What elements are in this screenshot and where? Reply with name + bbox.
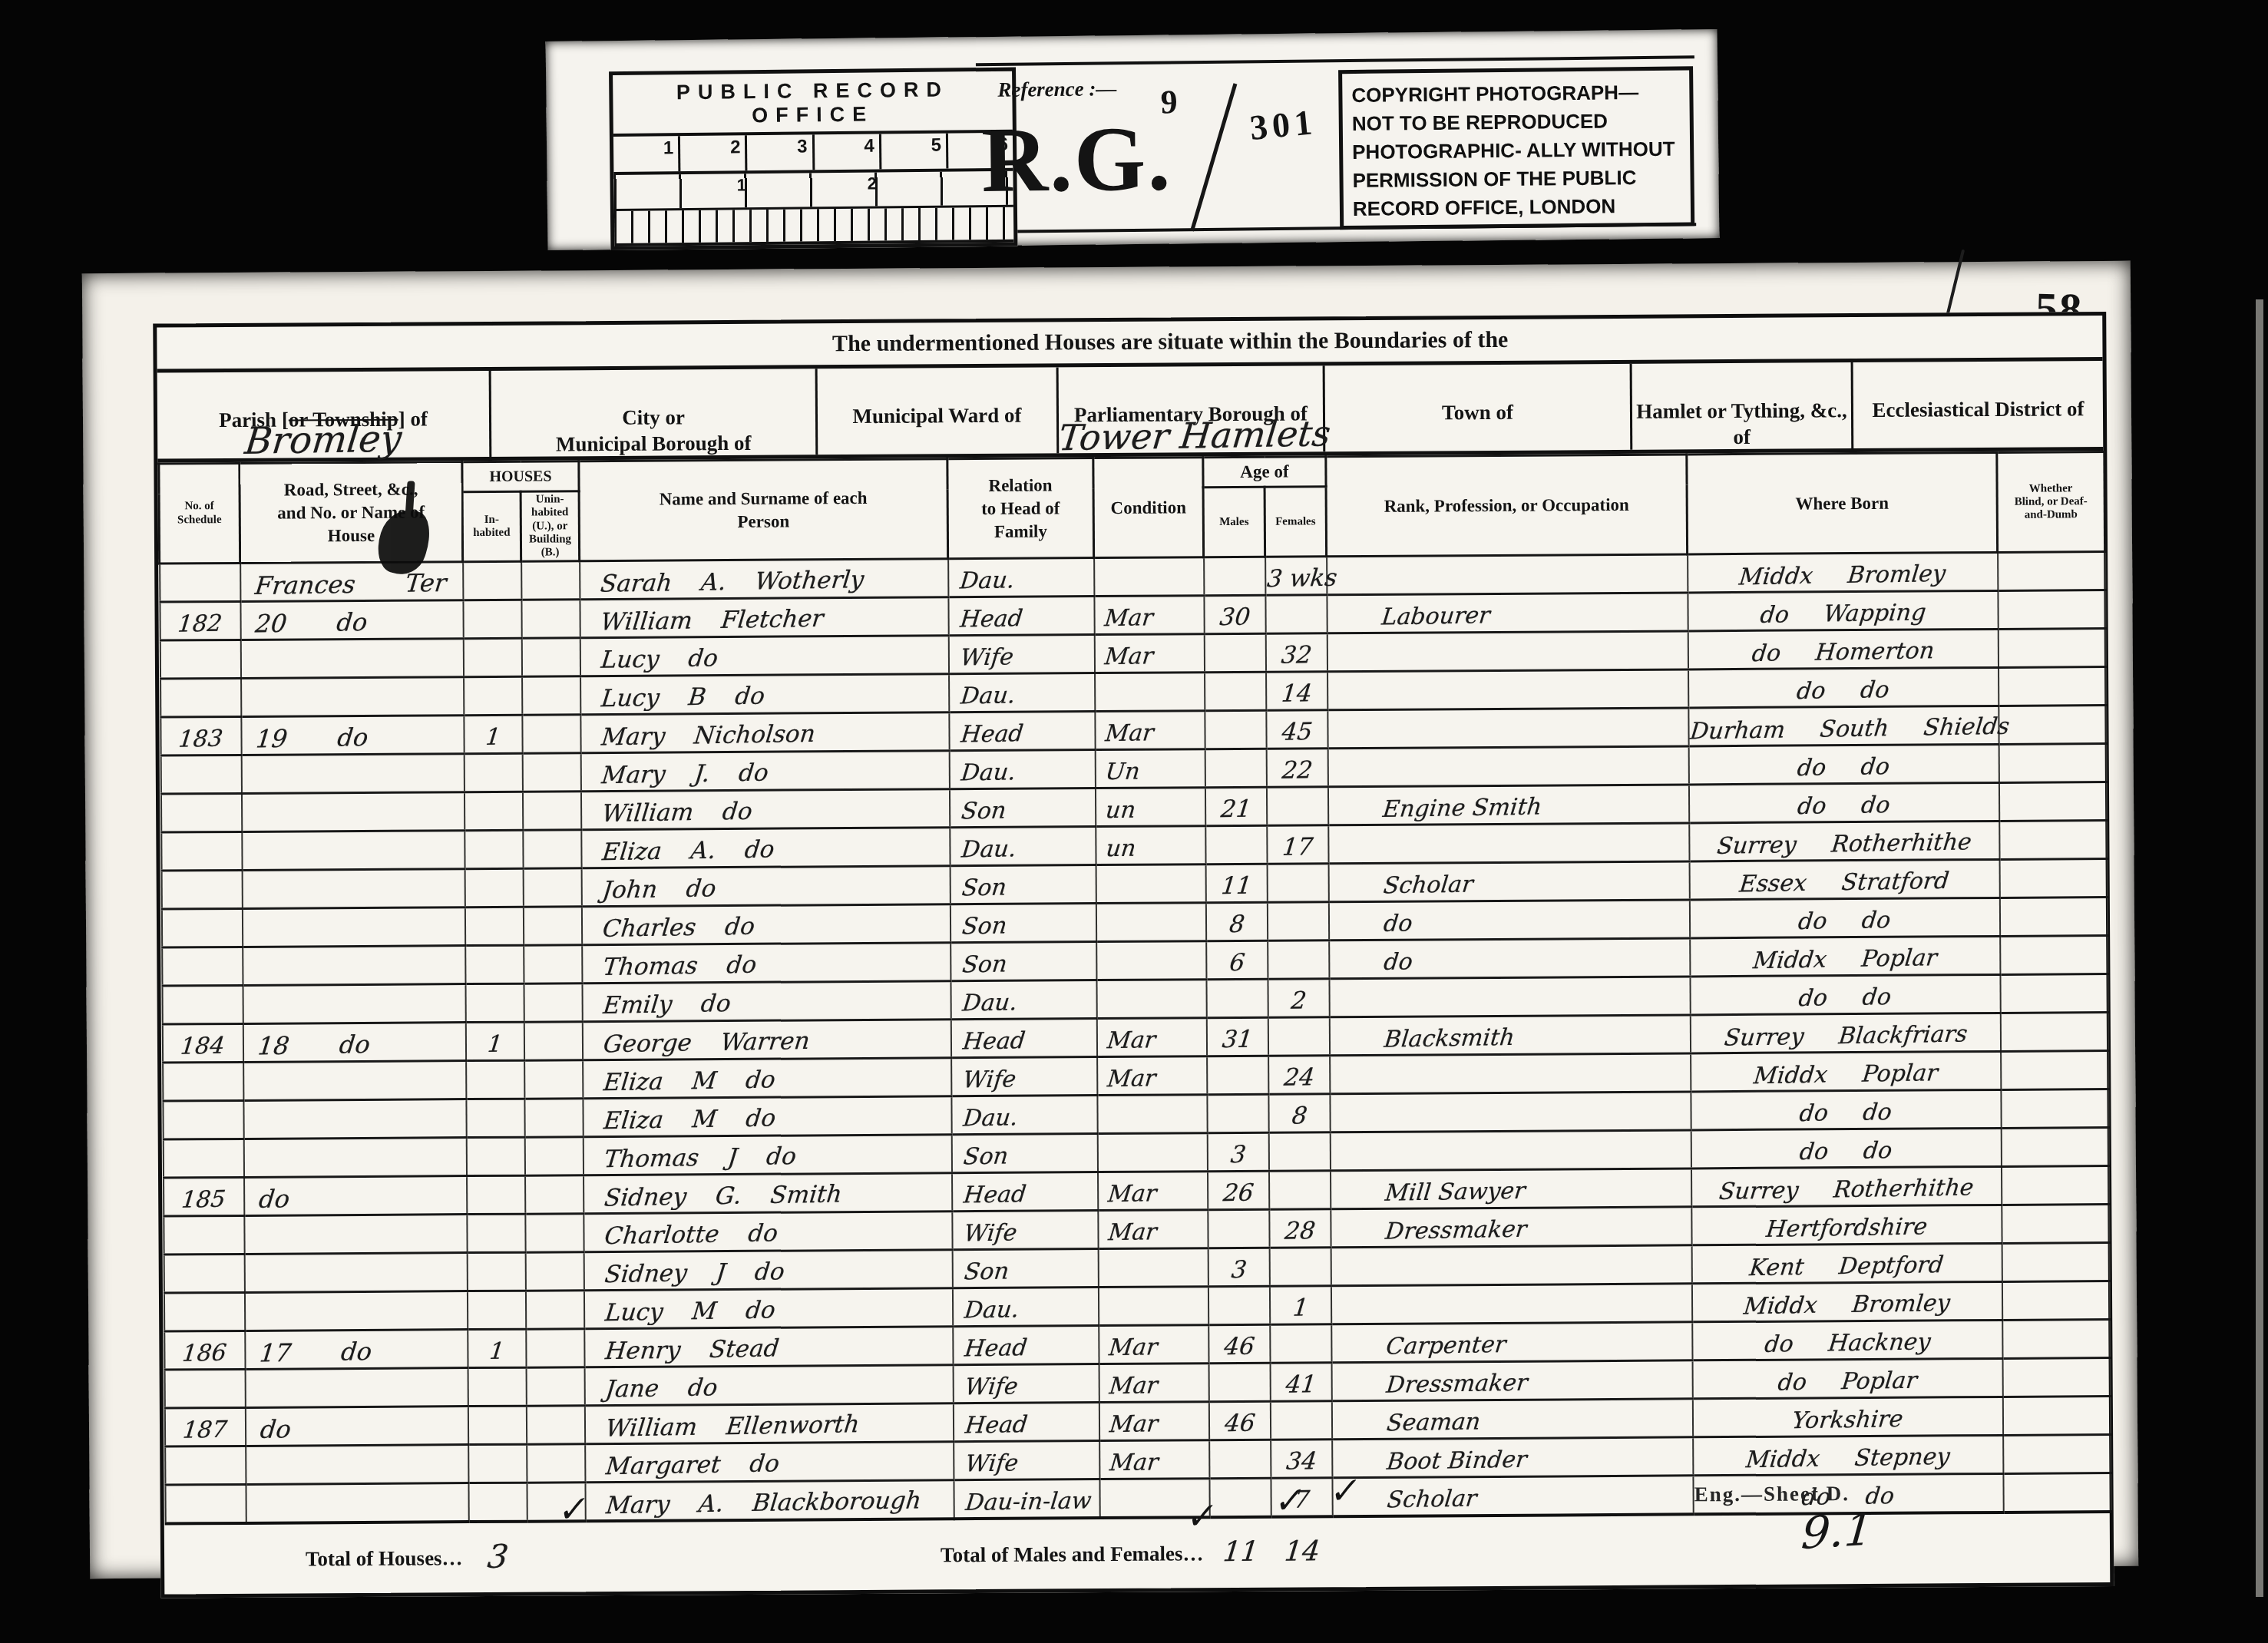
- cell-occ: [1327, 631, 1688, 672]
- handwritten-entry: 26: [1222, 1182, 1255, 1208]
- cell-name: Jane do: [584, 1365, 953, 1406]
- cell-occ: Blacksmith: [1329, 1015, 1690, 1056]
- handwritten-entry: do do: [1798, 1101, 1893, 1128]
- handwritten-entry: Dau.: [963, 1299, 1020, 1325]
- handwritten-entry: Yorkshire: [1791, 1408, 1905, 1435]
- handwritten-entry: 22: [1281, 759, 1314, 785]
- cell-road: [241, 677, 464, 717]
- cell-blind: [1999, 859, 2107, 898]
- geo-cell-city: City or Municipal Borough of: [491, 369, 818, 457]
- handwritten-entry: 34: [1284, 1450, 1317, 1476]
- handwritten-entry: Middx Stepney: [1745, 1446, 1952, 1474]
- cell-born: Durham South Shields: [1688, 706, 1999, 746]
- cell-cond: Mar: [1097, 1056, 1207, 1096]
- cell-rel: Wife: [954, 1441, 1099, 1480]
- handwritten-entry: 185: [180, 1188, 227, 1215]
- cell-blind: [2000, 1013, 2108, 1052]
- ruler-half-ticks: 1 2: [613, 171, 1013, 211]
- cell-blind: [2001, 1051, 2108, 1090]
- cell-occ: [1327, 669, 1688, 710]
- cell-inh: [463, 600, 521, 638]
- handwritten-entry: Wife: [961, 1069, 1017, 1095]
- cell-female: 45: [1266, 710, 1327, 749]
- cell-name: Lucy M do: [584, 1288, 952, 1329]
- cell-road: [243, 984, 465, 1024]
- cell-sched: 183: [160, 717, 241, 756]
- handwritten-entry: Son: [963, 1261, 1010, 1287]
- cell-sched: [164, 1370, 245, 1409]
- cell-occ: Mill Sawyer: [1331, 1169, 1691, 1209]
- total-blind-empty: [2003, 1512, 2111, 1583]
- geo-cell-town: Town of: [1325, 364, 1633, 451]
- cell-occ: [1331, 1284, 1691, 1324]
- handwritten-entry: do: [257, 1187, 291, 1215]
- header-road: Road, Street, &c., and No. or Name of Ho…: [240, 462, 463, 564]
- cell-sched: [164, 1216, 244, 1255]
- pro-ruler-stamp: PUBLIC RECORD OFFICE 1 2 3 4 5 6 1 2: [609, 68, 1017, 251]
- handwritten-entry: William Ellenworth: [604, 1413, 861, 1443]
- cell-female: [1268, 1017, 1329, 1056]
- cell-road: Frances Ter: [240, 562, 463, 602]
- cell-uninh: [524, 1022, 582, 1060]
- handwritten-entry: do: [259, 1417, 293, 1445]
- cell-blind: [2001, 1128, 2108, 1167]
- cell-name: Sidney J do: [584, 1250, 952, 1291]
- cell-cond: Mar: [1099, 1440, 1209, 1479]
- cell-name: Mary J. do: [580, 751, 949, 792]
- cell-sched: [165, 1446, 246, 1486]
- cell-cond: Un: [1095, 749, 1205, 788]
- cell-rel: Dau.: [951, 980, 1096, 1020]
- cell-inh: [464, 676, 522, 715]
- handwritten-entry: Dau-in-law: [964, 1490, 1092, 1518]
- ward-label: Municipal Ward of: [852, 403, 1021, 427]
- cell-blind: [2003, 1435, 2111, 1474]
- cell-cond: Mar: [1099, 1402, 1208, 1441]
- handwritten-entry: 41: [1284, 1373, 1317, 1400]
- cell-born: do do: [1691, 1090, 2001, 1130]
- handwritten-entry: Dau.: [959, 685, 1016, 711]
- handwritten-entry: Scholar: [1381, 874, 1473, 901]
- cell-occ: [1327, 746, 1688, 787]
- handwritten-entry: do do: [1799, 1139, 1894, 1166]
- cell-uninh: [524, 1060, 583, 1099]
- checkmark: ✓: [1273, 1478, 1309, 1522]
- copyright-stamp: COPYRIGHT PHOTOGRAPH—NOT TO BE REPRODUCE…: [1338, 66, 1694, 230]
- cell-name: Thomas J do: [583, 1135, 951, 1175]
- cell-female: [1268, 1132, 1330, 1171]
- cell-name: Eliza M do: [583, 1096, 951, 1137]
- cell-inh: [466, 1137, 524, 1175]
- cell-inh: [467, 1291, 525, 1329]
- ruler-mid-number: 1: [736, 175, 746, 195]
- cell-road: [243, 1061, 466, 1101]
- cell-name: William Ellenworth: [584, 1403, 953, 1444]
- cell-uninh: [524, 945, 582, 983]
- cell-born: Middx Poplar: [1691, 1052, 2001, 1092]
- cell-name: Margaret do: [585, 1442, 954, 1483]
- handwritten-entry: Mary A. Blackborough: [604, 1489, 922, 1521]
- cell-male: [1207, 1094, 1268, 1132]
- handwritten-entry: Mar: [1107, 1337, 1159, 1363]
- cell-cond: un: [1095, 788, 1205, 827]
- cell-blind: [1999, 898, 2107, 937]
- cell-female: 34: [1271, 1440, 1332, 1478]
- cell-occ: do: [1329, 938, 1690, 979]
- geo-cell-parliamentary: Parliamentary Borough of Tower Hamlets: [1059, 365, 1326, 453]
- handwritten-entry: 31: [1221, 1028, 1254, 1055]
- cell-inh: 1: [465, 1022, 524, 1060]
- cell-road: [244, 1253, 467, 1293]
- cell-blind: [2000, 936, 2108, 975]
- total-males-value: 11: [1209, 1517, 1271, 1588]
- header-name: Name and Surname of each Person: [579, 459, 948, 561]
- cell-road: [240, 639, 463, 679]
- cell-uninh: [522, 676, 580, 715]
- handwritten-entry: Dressmaker: [1384, 1218, 1527, 1246]
- cell-born: do do: [1688, 668, 1999, 708]
- cell-name: Charles do: [581, 904, 950, 945]
- cell-road: [243, 1138, 466, 1178]
- handwritten-entry: Lucy B do: [600, 685, 765, 714]
- handwritten-entry: 6: [1228, 951, 1245, 977]
- cell-name: John do: [581, 866, 950, 907]
- cell-uninh: [524, 1137, 583, 1175]
- cell-occ: [1331, 1245, 1691, 1286]
- cell-inh: [465, 945, 524, 983]
- cell-uninh: [527, 1444, 585, 1483]
- handwritten-entry: Surrey Rotherhithe: [1716, 831, 1973, 861]
- total-occ-empty: [1332, 1515, 1694, 1588]
- reference-label: Reference :—: [997, 77, 1117, 102]
- cell-born: Middx Stepney: [1693, 1436, 2003, 1476]
- cell-blind: [1998, 629, 2105, 668]
- total-houses-label: Total of Houses…: [165, 1522, 469, 1594]
- handwritten-entry: Middx Bromley: [1743, 1292, 1952, 1321]
- cell-cond: [1094, 557, 1204, 597]
- parish-value: Bromley: [243, 421, 404, 462]
- handwritten-entry: Dau.: [960, 992, 1017, 1018]
- cell-born: do do: [1688, 745, 1999, 785]
- cell-name: Lucy do: [580, 636, 948, 676]
- handwritten-entry: Middx Bromley: [1738, 563, 1947, 591]
- cell-occ: Carpenter: [1331, 1322, 1692, 1363]
- cell-female: 1: [1269, 1286, 1331, 1324]
- cell-male: 46: [1208, 1401, 1270, 1440]
- cell-uninh: [525, 1175, 584, 1214]
- cell-male: [1207, 1056, 1268, 1094]
- cell-female: 24: [1268, 1056, 1330, 1094]
- cell-blind: [2002, 1166, 2109, 1205]
- handwritten-entry: Dau.: [960, 762, 1017, 788]
- cell-born: Middx Bromley: [1688, 553, 1998, 593]
- cell-uninh: [521, 600, 580, 638]
- cell-rel: Son: [949, 788, 1095, 828]
- cell-cond: [1096, 903, 1205, 942]
- cell-rel: Head: [952, 1172, 1098, 1212]
- cell-male: [1205, 826, 1267, 864]
- handwritten-entry: Un: [1104, 761, 1141, 787]
- handwritten-entry: Son: [962, 1145, 1010, 1172]
- cell-male: [1204, 634, 1265, 673]
- cell-male: 26: [1208, 1171, 1269, 1209]
- cell-female: 17: [1267, 825, 1328, 864]
- cell-occ: [1327, 554, 1688, 595]
- cell-rel: Head: [951, 1019, 1096, 1058]
- cell-sched: [163, 1139, 243, 1179]
- cell-rel: Dau-in-law: [954, 1479, 1099, 1519]
- handwritten-entry: Dressmaker: [1384, 1372, 1528, 1400]
- cell-rel: Son: [951, 942, 1096, 981]
- cell-inh: [467, 1252, 525, 1291]
- cell-male: 30: [1204, 596, 1265, 634]
- cell-road: [244, 1291, 467, 1331]
- cell-male: 31: [1206, 1017, 1268, 1056]
- handwritten-entry: do do: [1797, 794, 1892, 821]
- cell-blind: [2000, 974, 2108, 1013]
- total-females-value: 14: [1271, 1516, 1333, 1587]
- cell-name: Mary A. Blackborough: [585, 1480, 954, 1521]
- cell-rel: Head: [953, 1326, 1099, 1365]
- cell-male: [1205, 749, 1266, 788]
- handwritten-entry: Henry Stead: [603, 1337, 780, 1367]
- handwritten-entry: Blacksmith: [1383, 1026, 1516, 1054]
- cell-inh: [465, 868, 523, 907]
- cell-male: [1205, 711, 1266, 749]
- cell-blind: [1999, 706, 2106, 745]
- cell-occ: Engine Smith: [1327, 785, 1688, 825]
- cell-born: Middx Poplar: [1690, 937, 2000, 977]
- cell-uninh: [524, 1099, 583, 1137]
- handwritten-entry: Mar: [1103, 607, 1154, 633]
- cell-sched: [161, 909, 242, 948]
- cell-sched: [165, 1485, 246, 1524]
- cell-male: [1208, 1363, 1270, 1401]
- header-condition: Condition: [1093, 458, 1204, 558]
- handwritten-entry: Wife: [962, 1222, 1017, 1248]
- handwritten-entry: 1: [486, 1033, 504, 1059]
- handwritten-entry: 45: [1280, 720, 1313, 747]
- cell-road: 19 do: [241, 716, 464, 755]
- cell-rel: Dau.: [950, 827, 1096, 866]
- cell-occ: [1330, 1130, 1691, 1171]
- series-number: 9: [1160, 82, 1178, 121]
- cell-uninh: [522, 715, 580, 753]
- handwritten-entry: Son: [960, 800, 1007, 826]
- handwritten-entry: Mary Nicholson: [600, 722, 816, 752]
- handwritten-entry: 182: [177, 613, 223, 639]
- cell-sched: [163, 1101, 243, 1140]
- cell-cond: [1096, 941, 1206, 980]
- enumeration-table: No. of Schedule Road, Street, &c., and N…: [157, 451, 2112, 1595]
- cell-rel: Son: [950, 904, 1096, 943]
- handwritten-entry: 14: [1280, 682, 1313, 709]
- handwritten-entry: 3: [1229, 1143, 1247, 1169]
- handwritten-entry: Sidney J do: [603, 1261, 785, 1290]
- handwritten-entry: Mill Sawyer: [1384, 1180, 1526, 1208]
- cell-blind: [2002, 1243, 2109, 1282]
- cell-female: 28: [1269, 1209, 1331, 1248]
- cell-occ: do: [1328, 900, 1689, 941]
- cell-name: Lucy B do: [580, 674, 949, 715]
- handwritten-entry: Eliza A. do: [600, 838, 775, 868]
- cell-sched: 182: [160, 602, 240, 641]
- handwritten-entry: Sarah A. Wotherly: [599, 568, 865, 599]
- cell-born: do Wapping: [1688, 591, 1998, 631]
- cell-road: 20 do: [240, 600, 463, 640]
- parliamentary-value: Tower Hamlets: [1056, 415, 1332, 458]
- handwritten-entry: Lucy M do: [603, 1299, 776, 1328]
- cell-uninh: [525, 1252, 584, 1291]
- cell-rel: Dau.: [949, 750, 1095, 789]
- cell-born: do do: [1690, 975, 2000, 1015]
- handwritten-entry: do Poplar: [1777, 1370, 1919, 1397]
- handwritten-entry: do Homerton: [1751, 640, 1936, 668]
- cell-sched: [164, 1293, 244, 1332]
- cell-road: 17 do: [245, 1330, 468, 1370]
- handwritten-entry: Engine Smith: [1381, 796, 1542, 824]
- handwritten-entry: 186: [181, 1342, 228, 1368]
- cell-female: 32: [1265, 633, 1327, 672]
- handwritten-entry: 1: [488, 1341, 506, 1366]
- handwritten-entry: Mar: [1106, 1068, 1157, 1094]
- handwritten-entry: 1: [1291, 1297, 1309, 1323]
- cell-name: Sidney G. Smith: [584, 1173, 952, 1214]
- cell-occ: [1330, 1053, 1691, 1094]
- cell-occ: Dressmaker: [1331, 1360, 1692, 1401]
- cell-rel: Wife: [953, 1364, 1099, 1403]
- header-uninhabited: Unin- habited (U.), or Building (B.): [521, 491, 580, 562]
- cell-female: [1265, 595, 1327, 633]
- cell-inh: [468, 1483, 527, 1522]
- record-group-code: R.G.: [981, 105, 1172, 213]
- cell-road: [246, 1483, 468, 1523]
- cell-blind: [1998, 590, 2105, 630]
- handwritten-entry: 30: [1218, 606, 1251, 633]
- cell-born: do do: [1689, 898, 1999, 938]
- cell-female: [1267, 864, 1328, 902]
- handwritten-entry: 17: [1281, 835, 1314, 862]
- cell-rel: Son: [951, 1134, 1097, 1173]
- handwritten-entry: 20 do: [253, 610, 369, 638]
- handwritten-entry: Wife: [963, 1376, 1018, 1402]
- cell-road: [242, 869, 465, 909]
- ruler-mid-number: 2: [867, 174, 877, 193]
- handwritten-entry: 1: [484, 726, 502, 752]
- header-females: Females: [1265, 487, 1327, 557]
- cell-rel: Dau.: [949, 673, 1095, 712]
- cell-road: [244, 1215, 467, 1255]
- cell-sched: [160, 679, 241, 718]
- handwritten-entry: Dau.: [958, 570, 1015, 596]
- cell-uninh: [526, 1406, 584, 1444]
- cell-name: Charlotte do: [584, 1212, 952, 1252]
- cell-male: 3: [1208, 1248, 1269, 1286]
- cell-blind: [2002, 1397, 2110, 1436]
- cell-uninh: [523, 868, 581, 907]
- handwritten-entry: Head: [961, 1030, 1027, 1056]
- handwritten-entry: Thomas do: [601, 954, 757, 982]
- checkmark: ✓: [557, 1486, 593, 1531]
- cell-occ: Labourer: [1327, 593, 1688, 633]
- cell-uninh: [521, 561, 580, 600]
- handwritten-entry: Charlotte do: [603, 1222, 779, 1251]
- checkmark: ✓: [1185, 1493, 1221, 1538]
- cell-sched: [162, 986, 243, 1025]
- handwritten-entry: do Wapping: [1759, 602, 1927, 630]
- pro-title: PUBLIC RECORD OFFICE: [613, 71, 1013, 137]
- cell-occ: Boot Binder: [1332, 1437, 1693, 1478]
- handwritten-entry: 184: [180, 1035, 226, 1061]
- cell-occ: [1327, 708, 1688, 749]
- cell-road: [242, 907, 465, 947]
- cell-inh: [468, 1406, 526, 1444]
- cell-cond: [1096, 980, 1206, 1019]
- cell-sched: [164, 1255, 244, 1294]
- cell-road: 18 do: [243, 1023, 465, 1063]
- cell-rel: Wife: [948, 635, 1094, 674]
- ruler-scale: 1 2 3 4 5 6: [613, 133, 1013, 175]
- cell-cond: Mar: [1099, 1364, 1208, 1403]
- handwritten-entry: 11: [1220, 874, 1253, 901]
- ruler-fine-ticks: [614, 207, 1013, 246]
- cell-born: Surrey Rotherhithe: [1689, 821, 1999, 861]
- cell-road: [243, 1099, 466, 1139]
- cell-uninh: [523, 830, 581, 868]
- cell-male: 11: [1205, 864, 1267, 903]
- cell-sched: [160, 794, 241, 833]
- handwritten-entry: 8: [1290, 1105, 1308, 1131]
- cell-cond: Mar: [1096, 1018, 1206, 1057]
- cell-cond: [1095, 673, 1205, 712]
- handwritten-entry: 46: [1222, 1335, 1255, 1362]
- cell-cond: Mar: [1094, 634, 1204, 673]
- geo-cell-hamlet: Hamlet or Tything, &c., of: [1632, 362, 1854, 450]
- cell-blind: [1999, 744, 2106, 783]
- handwritten-entry: Son: [960, 915, 1008, 941]
- ruler-number: 4: [814, 134, 881, 170]
- cell-inh: [468, 1444, 527, 1483]
- handwritten-entry: Essex Stratford: [1738, 870, 1950, 899]
- cell-born: do do: [1688, 783, 1999, 823]
- handwritten-entry: Head: [958, 608, 1023, 634]
- cell-name: Eliza A. do: [581, 828, 950, 868]
- cell-born: Kent Deptford: [1691, 1244, 2002, 1284]
- cell-inh: [465, 983, 524, 1022]
- cell-born: Essex Stratford: [1689, 860, 1999, 900]
- cell-male: 21: [1205, 788, 1266, 826]
- cell-female: [1270, 1401, 1331, 1440]
- handwritten-entry: Mar: [1106, 1183, 1158, 1209]
- cell-female: [1270, 1324, 1331, 1363]
- handwritten-entry: Frances Ter: [253, 570, 448, 600]
- cell-uninh: [522, 792, 580, 830]
- census-grid: The undermentioned Houses are situate wi…: [153, 312, 2114, 1598]
- cell-female: 2: [1268, 979, 1329, 1017]
- header-occupation: Rank, Profession, or Occupation: [1326, 455, 1688, 557]
- cell-sched: [162, 947, 243, 987]
- cell-sched: [163, 1063, 243, 1102]
- cell-road: [246, 1445, 468, 1485]
- cell-cond: Mar: [1094, 596, 1204, 635]
- header-schedule: No. of Schedule: [159, 463, 240, 564]
- handwritten-entry: 3 wks: [1265, 567, 1338, 594]
- handwritten-entry: Jane do: [603, 1377, 718, 1404]
- cell-cond: Mar: [1095, 711, 1205, 750]
- cell-road: [241, 792, 464, 832]
- cell-blind: [1999, 782, 2106, 821]
- cell-female: 8: [1268, 1094, 1330, 1132]
